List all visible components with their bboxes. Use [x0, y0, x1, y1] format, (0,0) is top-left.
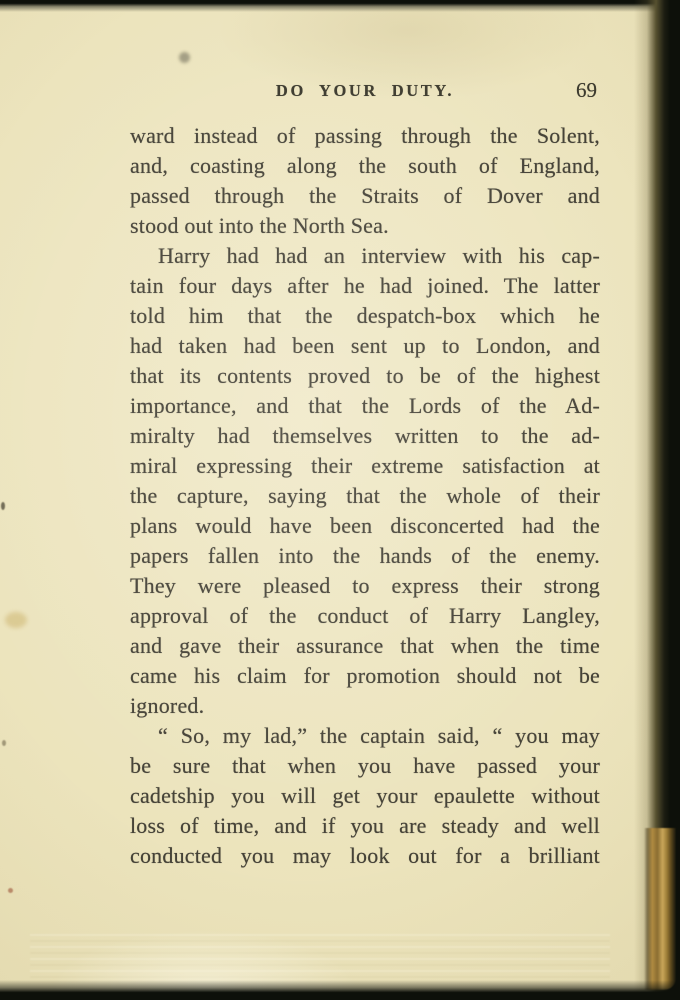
text-line: tain four days after he had joined. The …	[130, 271, 600, 301]
text-line: that its contents proved to be of the hi…	[130, 361, 600, 391]
text-line: passed through the Straits of Dover and	[130, 181, 600, 211]
scan-edge-bottom	[0, 980, 680, 1000]
paper-stain	[5, 612, 27, 628]
text-line: miral expressing their extreme satisfact…	[130, 451, 600, 481]
paper-streaks	[30, 934, 610, 980]
text-line: conducted you may look out for a brillia…	[130, 841, 600, 871]
body-text: ward instead of passing through the Sole…	[130, 121, 600, 871]
running-head: DO YOUR DUTY. 69	[130, 80, 600, 102]
ink-smudge	[179, 52, 190, 63]
margin-speck	[8, 888, 13, 893]
book-page-scan: DO YOUR DUTY. 69 ward instead of passing…	[0, 0, 680, 1000]
text-line: They were pleased to express their stron…	[130, 571, 600, 601]
text-line: the capture, saying that the whole of th…	[130, 481, 600, 511]
text-line: came his claim for promotion should not …	[130, 661, 600, 691]
chapter-running-title: DO YOUR DUTY.	[130, 80, 600, 102]
page-number: 69	[576, 78, 597, 102]
text-line: stood out into the North Sea.	[130, 211, 600, 241]
text-line: be sure that when you have passed your	[130, 751, 600, 781]
text-line: told him that the despatch-box which he	[130, 301, 600, 331]
scan-edge-top	[0, 0, 680, 12]
stacked-page-edges	[644, 828, 676, 990]
text-line: Harry had had an interview with his cap-	[130, 241, 600, 271]
text-line: ignored.	[130, 691, 600, 721]
text-line: importance, and that the Lords of the Ad…	[130, 391, 600, 421]
text-line: “ So, my lad,” the captain said, “ you m…	[130, 721, 600, 751]
text-line: and, coasting along the south of England…	[130, 151, 600, 181]
text-line: had taken had been sent up to London, an…	[130, 331, 600, 361]
text-line: and gave their assurance that when the t…	[130, 631, 600, 661]
text-line: papers fallen into the hands of the enem…	[130, 541, 600, 571]
text-line: miralty had themselves written to the ad…	[130, 421, 600, 451]
text-line: cadetship you will get your epaulette wi…	[130, 781, 600, 811]
text-line: plans would have been disconcerted had t…	[130, 511, 600, 541]
margin-speck	[1, 502, 5, 510]
margin-speck	[2, 740, 6, 746]
text-line: approval of the conduct of Harry Langley…	[130, 601, 600, 631]
text-line: loss of time, and if you are steady and …	[130, 811, 600, 841]
text-line: ward instead of passing through the Sole…	[130, 121, 600, 151]
